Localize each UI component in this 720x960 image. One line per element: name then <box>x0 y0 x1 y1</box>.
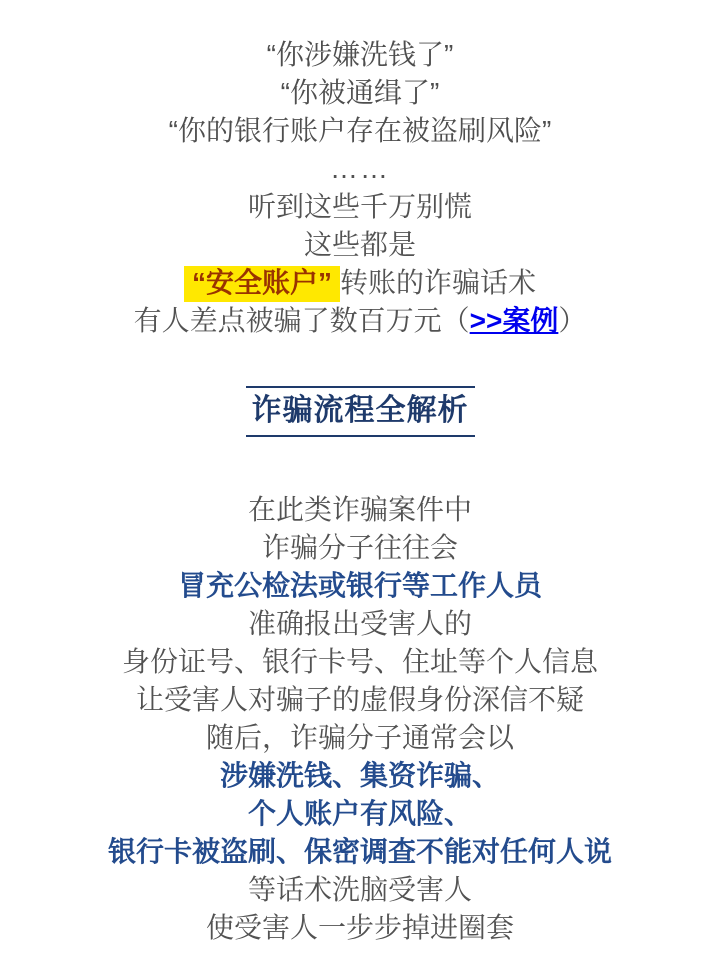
ellipsis-line: …… <box>0 150 720 188</box>
body-line-4: 身份证号、银行卡号、住址等个人信息 <box>0 643 720 681</box>
body-line-6: 随后，诈骗分子通常会以 <box>0 719 720 757</box>
intro-line-1: 听到这些千万别慌 <box>0 188 720 226</box>
intro-line-4: 有人差点被骗了数百万元（>>案例） <box>0 302 720 340</box>
highlighted-term-safe-account: “安全账户” <box>184 266 340 302</box>
body-emphasis-2: 涉嫌洗钱、集资诈骗、 <box>0 757 720 795</box>
intro-line-4-suffix: ） <box>558 305 586 336</box>
body-emphasis-4: 银行卡被盗刷、保密调查不能对任何人说 <box>0 833 720 871</box>
intro-line-3-rest: 转账的诈骗话术 <box>340 267 536 298</box>
intro-line-2: 这些都是 <box>0 226 720 264</box>
scam-quote-3: “你的银行账户存在被盗刷风险” <box>0 112 720 150</box>
body-line-8: 使受害人一步步掉进圈套 <box>0 909 720 947</box>
body-emphasis-3: 个人账户有风险、 <box>0 795 720 833</box>
body-line-3: 准确报出受害人的 <box>0 605 720 643</box>
case-link[interactable]: >>案例 <box>470 305 559 336</box>
article-page: “你涉嫌洗钱了” “你被通缉了” “你的银行账户存在被盗刷风险” …… 听到这些… <box>0 0 720 960</box>
body-line-5: 让受害人对骗子的虚假身份深信不疑 <box>0 681 720 719</box>
body-line-1: 在此类诈骗案件中 <box>0 491 720 529</box>
intro-line-4-prefix: 有人差点被骗了数百万元（ <box>134 305 470 336</box>
scam-quote-2: “你被通缉了” <box>0 74 720 112</box>
intro-section: “你涉嫌洗钱了” “你被通缉了” “你的银行账户存在被盗刷风险” …… 听到这些… <box>0 36 720 340</box>
body-line-2: 诈骗分子往往会 <box>0 529 720 567</box>
section-heading-wrap: 诈骗流程全解析 <box>0 340 720 437</box>
scam-quote-1: “你涉嫌洗钱了” <box>0 36 720 74</box>
body-emphasis-1: 冒充公检法或银行等工作人员 <box>0 567 720 605</box>
section-heading: 诈骗流程全解析 <box>246 386 475 437</box>
body-line-7: 等话术洗脑受害人 <box>0 871 720 909</box>
intro-line-3: “安全账户”转账的诈骗话术 <box>0 264 720 302</box>
body-section: 在此类诈骗案件中 诈骗分子往往会 冒充公检法或银行等工作人员 准确报出受害人的 … <box>0 491 720 947</box>
